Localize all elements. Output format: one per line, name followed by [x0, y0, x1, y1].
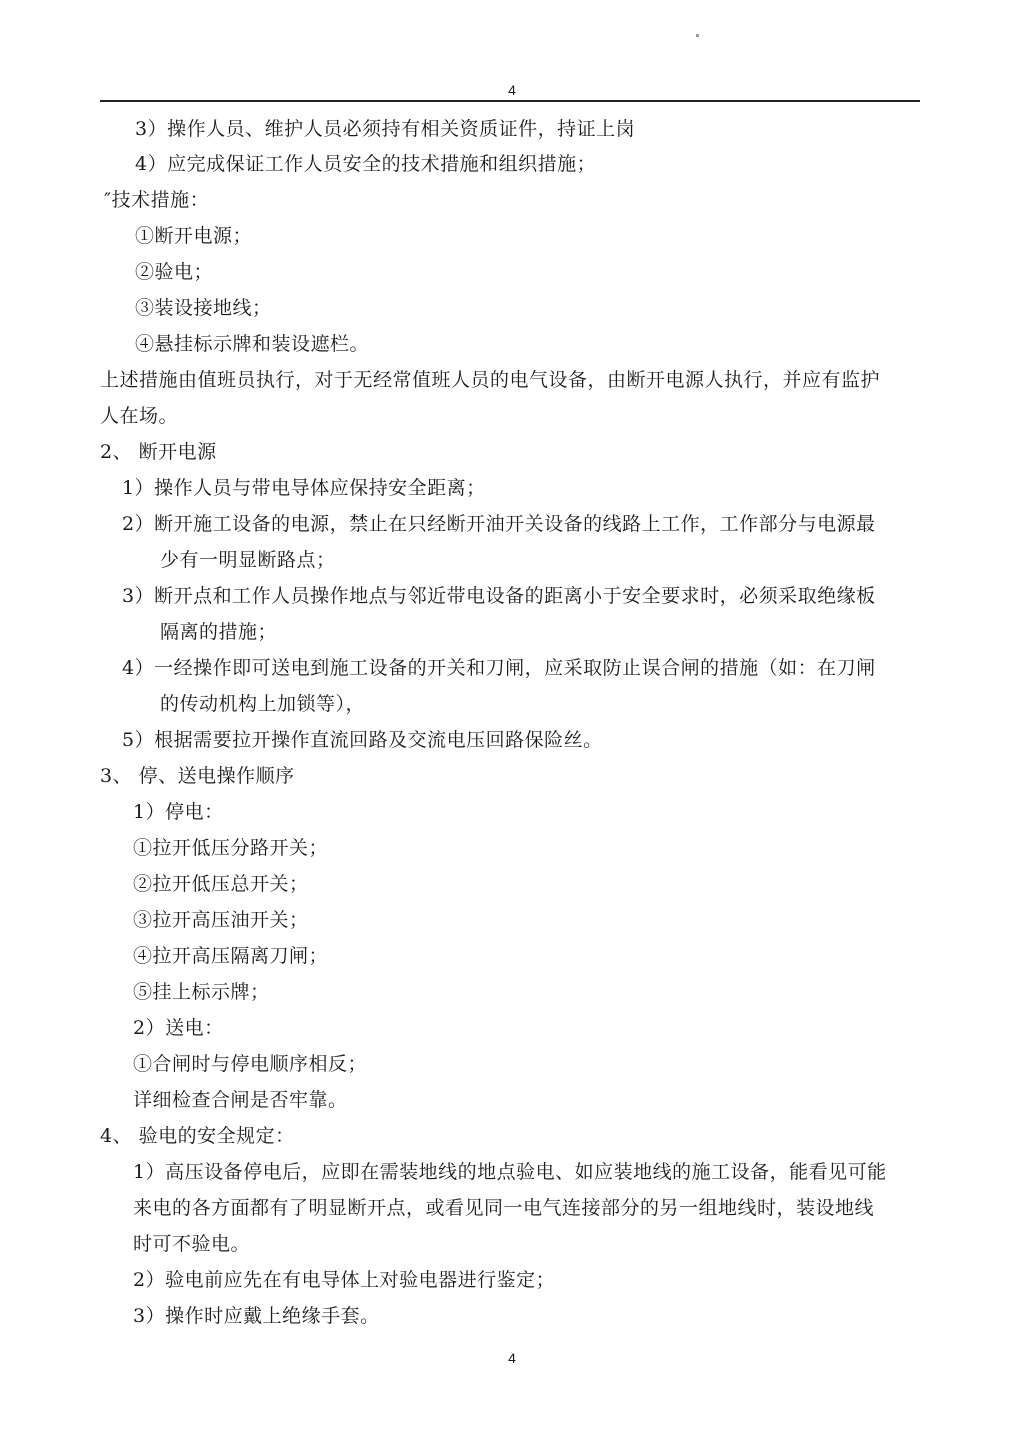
text-line: ①断开电源；	[135, 224, 252, 248]
text-line: ④拉开高压隔离刀闸；	[133, 944, 328, 968]
text-line: 4）应完成保证工作人员安全的技术措施和组织措施；	[135, 152, 596, 176]
text-line: ①合闸时与停电顺序相反；	[133, 1052, 367, 1076]
text-line: 1）停电：	[133, 800, 224, 824]
text-line: ①拉开低压分路开关；	[133, 836, 328, 860]
text-line: 4）一经操作即可送电到施工设备的开关和刀闸，应采取防止误合闸的措施（如：在刀闸	[122, 656, 876, 680]
text-line: 1）操作人员与带电导体应保持安全距离；	[122, 476, 486, 500]
text-line: 3、 停、送电操作顺序	[100, 764, 295, 788]
text-line: 时可不验电。	[133, 1232, 250, 1256]
footer-page-number: 4	[0, 1350, 1024, 1366]
text-line: 少有一明显断路点；	[160, 548, 336, 572]
text-line: ③拉开高压油开关；	[133, 908, 309, 932]
text-line: 1）高压设备停电后，应即在需装地线的地点验电、如应装地线的施工设备，能看见可能	[133, 1160, 887, 1184]
text-line: 2）验电前应先在有电导体上对验电器进行鉴定；	[133, 1268, 555, 1292]
text-line: ②拉开低压总开关；	[133, 872, 309, 896]
text-line: 5）根据需要拉开操作直流回路及交流电压回路保险丝。	[122, 728, 603, 752]
text-line: 上述措施由值班员执行，对于无经常值班人员的电气设备，由断开电源人执行，并应有监护	[100, 368, 880, 392]
text-line: ③装设接地线；	[135, 296, 272, 320]
header-rule	[100, 100, 920, 102]
text-line: 2）送电：	[133, 1016, 224, 1040]
header-page-number: 4	[0, 82, 1024, 98]
text-line: 3）断开点和工作人员操作地点与邻近带电设备的距离小于安全要求时，必须采取绝缘板	[122, 584, 876, 608]
text-line: 的传动机构上加锁等），	[160, 692, 365, 716]
text-line: ②验电；	[135, 260, 213, 284]
text-line: 2、 断开电源	[100, 440, 217, 464]
text-line: 来电的各方面都有了明显断开点，或看见同一电气连接部分的另一组地线时，装设地线	[133, 1196, 874, 1220]
text-line: 4、 验电的安全规定：	[100, 1124, 295, 1148]
text-line: 3）操作人员、维护人员必须持有相关资质证件，持证上岗	[135, 117, 635, 141]
text-line: 隔离的措施；	[160, 620, 277, 644]
text-line: 人在场。	[100, 404, 178, 428]
text-line: 2）断开施工设备的电源，禁止在只经断开油开关设备的线路上工作，工作部分与电源最	[122, 512, 876, 536]
text-line: ④悬挂标示牌和装设遮栏。	[135, 332, 369, 356]
text-line: ″技术措施：	[104, 188, 209, 212]
text-line: 3）操作时应戴上绝缘手套。	[133, 1304, 380, 1328]
text-line: 详细检查合闸是否牢靠。	[133, 1088, 348, 1112]
scan-speck	[696, 34, 699, 37]
text-line: ⑤挂上标示牌；	[133, 980, 270, 1004]
